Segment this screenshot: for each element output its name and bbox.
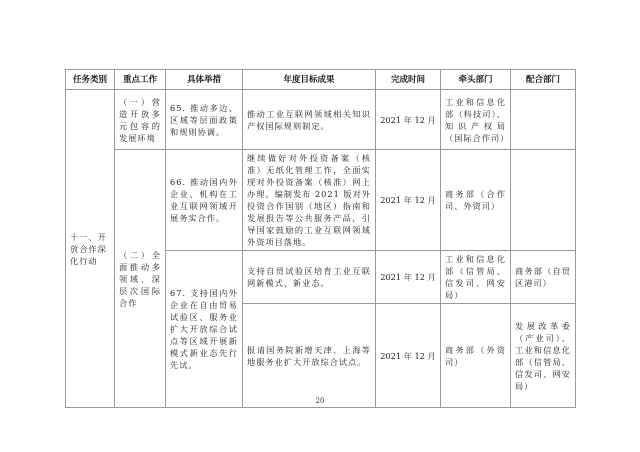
goal-cell: 支持自贸试验区培育工业互联网新模式、新业态。: [243, 251, 376, 304]
header-goal: 年度目标成果: [243, 70, 376, 90]
measure-cell: 65. 推动多边、区域等层面政策和规则协调。: [166, 90, 243, 150]
support-cell: [511, 150, 576, 251]
lead-cell: 工业和信息化部（信管局、信发司、网安局）: [441, 251, 511, 304]
header-category: 任务类别: [66, 70, 115, 90]
support-cell: 发展改革委（产业司）、工业和信息化部（信管局、信发司、网安局）: [511, 304, 576, 408]
goal-cell: 报请国务院新增天津、上海等地服务业扩大开放综合试点。: [243, 304, 376, 408]
deadline-cell: 2021 年 12 月: [376, 304, 441, 408]
table-row: 十一、开放合作深化行动 （一）营造开放多元包容的发展环境 65. 推动多边、区域…: [66, 90, 576, 150]
table-row: （二）全面推动多领域、深层次国际合作 66. 推动国内外企业、机构在工业互联网领…: [66, 150, 576, 251]
header-deadline: 完成时间: [376, 70, 441, 90]
table-header-row: 任务类别 重点工作 具体举措 年度目标成果 完成时间 牵头部门 配合部门: [66, 70, 576, 90]
lead-cell: 商务部（外资司）: [441, 304, 511, 408]
support-cell: [511, 90, 576, 150]
header-focus: 重点工作: [115, 70, 166, 90]
header-measure: 具体举措: [166, 70, 243, 90]
deadline-cell: 2021 年 12 月: [376, 90, 441, 150]
lead-cell: 商务部（合作司、外资司）: [441, 150, 511, 251]
lead-cell: 工业和信息化部（科技司）、知识产权局（国际合作司）: [441, 90, 511, 150]
deadline-cell: 2021 年 12 月: [376, 251, 441, 304]
focus-cell: （一）营造开放多元包容的发展环境: [115, 90, 166, 150]
page-number: 20: [0, 397, 640, 405]
focus-cell: （二）全面推动多领域、深层次国际合作: [115, 150, 166, 408]
header-lead: 牵头部门: [441, 70, 511, 90]
category-cell: 十一、开放合作深化行动: [66, 90, 115, 408]
goal-cell: 推动工业互联网领域相关知识产权国际规则制定。: [243, 90, 376, 150]
goal-cell: 继续做好对外投资备案（核准）无纸化管理工作，全面实现对外投资备案（核准）网上办理…: [243, 150, 376, 251]
support-cell: 商务部（自贸区港司）: [511, 251, 576, 304]
measure-cell: 67. 支持国内外企业在自由贸易试验区、服务业扩大开放综合试点等区域开展新模式新…: [166, 251, 243, 408]
measure-cell: 66. 推动国内外企业、机构在工业互联网领域开展务实合作。: [166, 150, 243, 251]
header-support: 配合部门: [511, 70, 576, 90]
action-plan-table: 任务类别 重点工作 具体举措 年度目标成果 完成时间 牵头部门 配合部门 十一、…: [65, 69, 576, 408]
deadline-cell: 2021 年 12 月: [376, 150, 441, 251]
